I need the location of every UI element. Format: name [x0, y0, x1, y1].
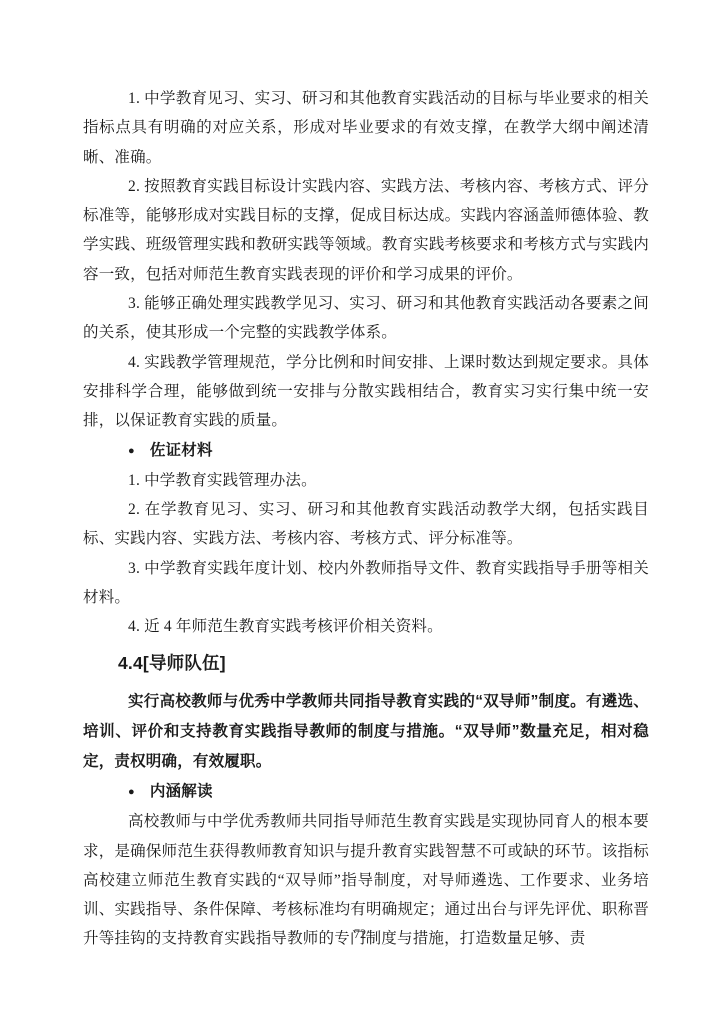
bullet-icon: ●	[128, 445, 135, 457]
section-heading-mentor-team: 4.4[导师队伍]	[83, 649, 649, 678]
bullet-heading-interpretation: ●内涵解读	[83, 777, 649, 807]
page-text-block: 1. 中学教育见习、实习、研习和其他教育实践活动的目标与毕业要求的相关指标点具有…	[83, 84, 649, 954]
bullet-heading-evidence: ●佐证材料	[83, 436, 649, 466]
paragraph-objective-3: 3. 能够正确处理实践教学见习、实习、研习和其他教育实践活动各要素之间的关系，使…	[83, 289, 649, 348]
bullet-icon: ●	[128, 786, 135, 798]
bullet-heading-label: 佐证材料	[150, 442, 213, 459]
paragraph-evidence-1: 1. 中学教育实践管理办法。	[83, 466, 649, 495]
paragraph-objective-1: 1. 中学教育见习、实习、研习和其他教育实践活动的目标与毕业要求的相关指标点具有…	[83, 84, 649, 172]
document-page: 1. 中学教育见习、实习、研习和其他教育实践活动的目标与毕业要求的相关指标点具有…	[0, 0, 720, 1018]
page-footer: 72	[0, 927, 720, 942]
paragraph-objective-4: 4. 实践教学管理规范，学分比例和时间安排、上课时数达到规定要求。具体安排科学合…	[83, 348, 649, 436]
paragraph-evidence-3: 3. 中学教育实践年度计划、校内外教师指导文件、教育实践指导手册等相关材料。	[83, 554, 649, 613]
page-number: 72	[354, 927, 367, 941]
bullet-heading-label: 内涵解读	[150, 783, 213, 800]
paragraph-objective-2: 2. 按照教育实践目标设计实践内容、实践方法、考核内容、考核方式、评分标准等，能…	[83, 172, 649, 289]
paragraph-evidence-2: 2. 在学教育见习、实习、研习和其他教育实践活动教学大纲，包括实践目标、实践内容…	[83, 495, 649, 554]
paragraph-standard-statement: 实行高校教师与优秀中学教师共同指导教育实践的“双导师”制度。有遴选、培训、评价和…	[83, 687, 649, 777]
paragraph-evidence-4: 4. 近 4 年师范生教育实践考核评价相关资料。	[83, 612, 649, 641]
